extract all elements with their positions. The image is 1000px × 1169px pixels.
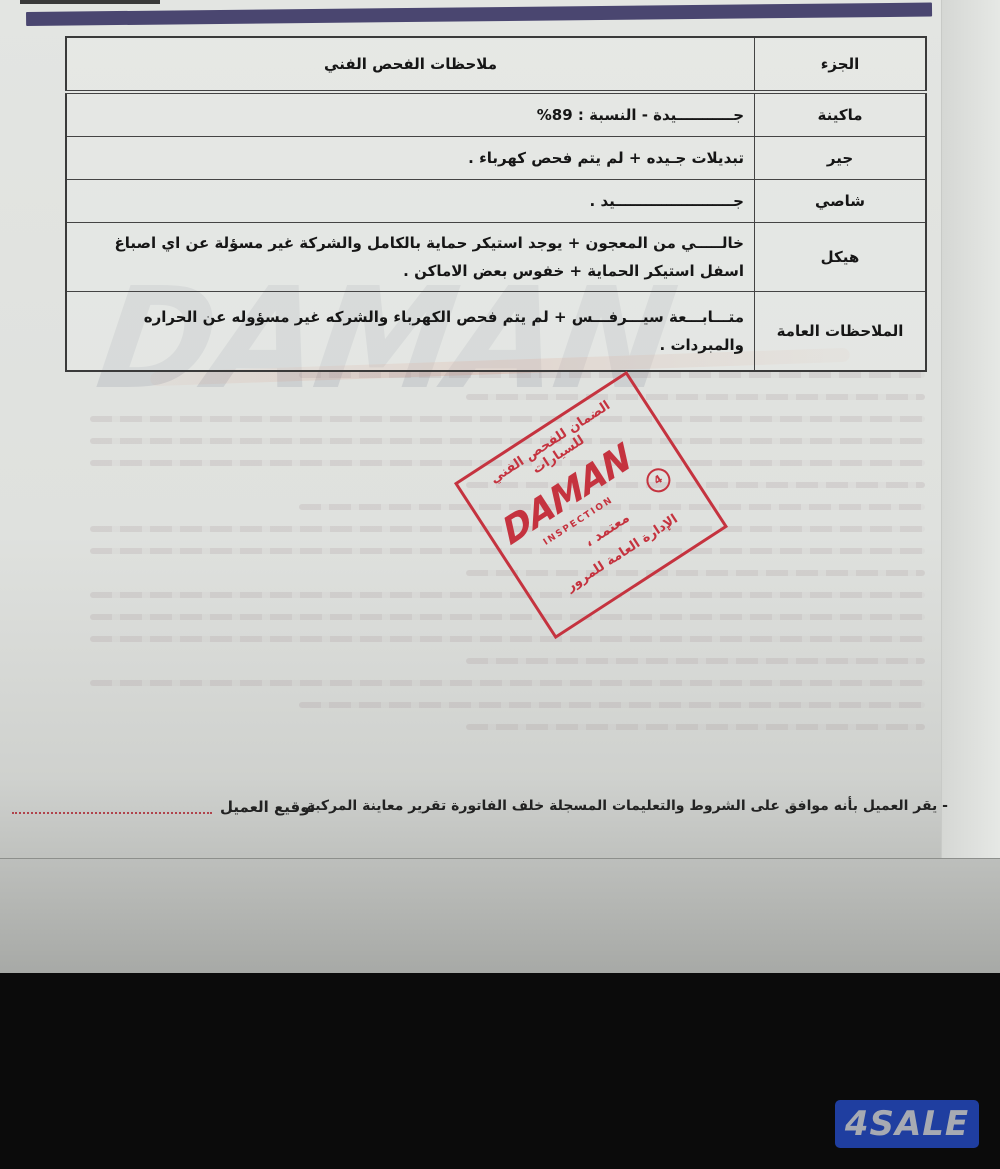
row-note: جـــــــــــــــــــــــيد . [66, 180, 755, 223]
header-part: الجزء [755, 37, 927, 92]
row-part: ماكينة [755, 92, 927, 137]
top-edge-strip [20, 0, 160, 4]
row-part: جير [755, 137, 927, 180]
page-edge [941, 0, 1000, 860]
row-note: متـــابـــعة سيـــرفـــس + لم يتم فحص ال… [66, 292, 755, 372]
row-part: شاصي [755, 180, 927, 223]
header-color-bar [26, 3, 932, 26]
table-row: جير تبديلات جـيده + لم يتم فحص كهرباء . [66, 137, 926, 180]
signature-line [12, 812, 212, 814]
row-note: خالـــــي من المعجون + يوجد استيكر حماية… [66, 223, 755, 292]
signature-label: توقيع العميل [220, 798, 315, 816]
table-row: شاصي جـــــــــــــــــــــــيد . [66, 180, 926, 223]
row-part: هيكل [755, 223, 927, 292]
table-row: ماكينة جـــــــــــيدة - النسبة : 89% [66, 92, 926, 137]
underlying-sheet [0, 858, 1000, 973]
inspection-table: الجزء ملاحظات الفحص الفني ماكينة جــــــ… [65, 36, 927, 372]
document-photo: DAMAN الجزء ملاحظات الفحص الفني ماكينة ج… [0, 0, 1000, 973]
header-notes: ملاحظات الفحص الفني [66, 37, 755, 92]
row-note: جـــــــــــيدة - النسبة : 89% [66, 92, 755, 137]
customer-acknowledgement: - يقر العميل بأنه موافق على الشروط والتع… [301, 798, 948, 814]
row-part: الملاحظات العامة [755, 292, 927, 372]
table-row: الملاحظات العامة متـــابـــعة سيـــرفـــ… [66, 292, 926, 372]
table-row: هيكل خالـــــي من المعجون + يوجد استيكر … [66, 223, 926, 292]
table-header-row: الجزء ملاحظات الفحص الفني [66, 37, 926, 92]
4sale-logo: 4SALE [835, 1100, 979, 1148]
row-note: تبديلات جـيده + لم يتم فحص كهرباء . [66, 137, 755, 180]
